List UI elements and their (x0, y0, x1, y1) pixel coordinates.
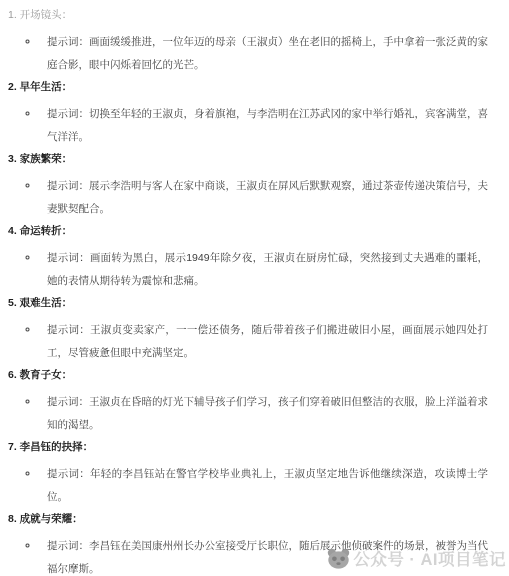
scene-section: 4. 命运转折：提示词：画面转为黑白，展示1949年除夕夜，王淑贞在厨房忙碌，突… (8, 220, 488, 292)
scene-heading: 4. 命运转折： (8, 220, 488, 243)
prompt-list: 提示词：切换至年轻的王淑贞，身着旗袍，与李浩明在江苏武冈的家中举行婚礼，宾客满堂… (8, 103, 488, 148)
scene-heading: 8. 成就与荣耀： (8, 508, 488, 531)
prompt-list: 提示词：王淑贞在昏暗的灯光下辅导孩子们学习，孩子们穿着破旧但整洁的衣服，脸上洋溢… (8, 391, 488, 436)
prompt-item: 提示词：王淑贞变卖家产，一一偿还债务，随后带着孩子们搬进破旧小屋，画面展示她四处… (39, 319, 488, 364)
scene-heading: 3. 家族繁荣： (8, 148, 488, 171)
prompt-item: 提示词：切换至年轻的王淑贞，身着旗袍，与李浩明在江苏武冈的家中举行婚礼，宾客满堂… (39, 103, 488, 148)
scene-section: 8. 成就与荣耀：提示词：李昌钰在美国康州州长办公室接受厅长职位，随后展示他侦破… (8, 508, 488, 576)
scene-section: 2. 早年生活：提示词：切换至年轻的王淑贞，身着旗袍，与李浩明在江苏武冈的家中举… (8, 76, 488, 148)
scene-heading: 2. 早年生活： (8, 76, 488, 99)
scene-section: 1. 开场镜头：提示词：画面缓缓推进，一位年迈的母亲（王淑贞）坐在老旧的摇椅上，… (8, 4, 488, 76)
prompt-list: 提示词：画面缓缓推进，一位年迈的母亲（王淑贞）坐在老旧的摇椅上，手中拿着一张泛黄… (8, 31, 488, 76)
prompt-item: 提示词：王淑贞在昏暗的灯光下辅导孩子们学习，孩子们穿着破旧但整洁的衣服，脸上洋溢… (39, 391, 488, 436)
scene-section: 5. 艰难生活：提示词：王淑贞变卖家产，一一偿还债务，随后带着孩子们搬进破旧小屋… (8, 292, 488, 364)
scene-heading: 6. 教育子女： (8, 364, 488, 387)
prompt-list: 提示词：画面转为黑白，展示1949年除夕夜，王淑贞在厨房忙碌，突然接到丈夫遇难的… (8, 247, 488, 292)
prompt-item: 提示词：展示李浩明与客人在家中商谈，王淑贞在屏风后默默观察，通过茶壶传递决策信号… (39, 175, 488, 220)
document-page: 1. 开场镜头：提示词：画面缓缓推进，一位年迈的母亲（王淑贞）坐在老旧的摇椅上，… (0, 0, 509, 576)
scene-heading: 5. 艰难生活： (8, 292, 488, 315)
scene-heading: 1. 开场镜头： (8, 4, 488, 27)
scene-section: 7. 李昌钰的抉择：提示词：年轻的李昌钰站在警官学校毕业典礼上，王淑贞坚定地告诉… (8, 436, 488, 508)
scene-heading: 7. 李昌钰的抉择： (8, 436, 488, 459)
scene-section: 6. 教育子女：提示词：王淑贞在昏暗的灯光下辅导孩子们学习，孩子们穿着破旧但整洁… (8, 364, 488, 436)
prompt-list: 提示词：展示李浩明与客人在家中商谈，王淑贞在屏风后默默观察，通过茶壶传递决策信号… (8, 175, 488, 220)
prompt-item: 提示词：画面转为黑白，展示1949年除夕夜，王淑贞在厨房忙碌，突然接到丈夫遇难的… (39, 247, 488, 292)
scene-list: 1. 开场镜头：提示词：画面缓缓推进，一位年迈的母亲（王淑贞）坐在老旧的摇椅上，… (8, 4, 488, 576)
prompt-list: 提示词：年轻的李昌钰站在警官学校毕业典礼上，王淑贞坚定地告诉他继续深造，攻读博士… (8, 463, 488, 508)
prompt-list: 提示词：王淑贞变卖家产，一一偿还债务，随后带着孩子们搬进破旧小屋，画面展示她四处… (8, 319, 488, 364)
prompt-list: 提示词：李昌钰在美国康州州长办公室接受厅长职位，随后展示他侦破案件的场景，被誉为… (8, 535, 488, 576)
prompt-item: 提示词：李昌钰在美国康州州长办公室接受厅长职位，随后展示他侦破案件的场景，被誉为… (39, 535, 488, 576)
prompt-item: 提示词：年轻的李昌钰站在警官学校毕业典礼上，王淑贞坚定地告诉他继续深造，攻读博士… (39, 463, 488, 508)
scene-section: 3. 家族繁荣：提示词：展示李浩明与客人在家中商谈，王淑贞在屏风后默默观察，通过… (8, 148, 488, 220)
prompt-item: 提示词：画面缓缓推进，一位年迈的母亲（王淑贞）坐在老旧的摇椅上，手中拿着一张泛黄… (39, 31, 488, 76)
